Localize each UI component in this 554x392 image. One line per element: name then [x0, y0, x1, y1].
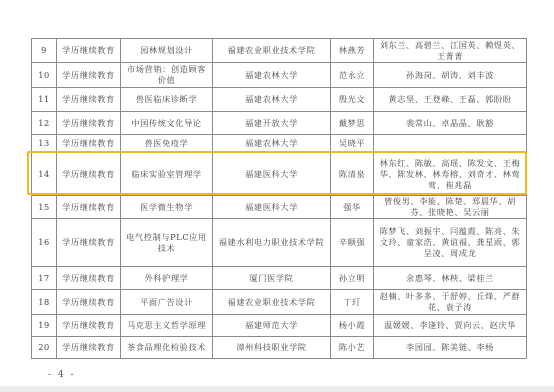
course-lead: 戴梦思 — [331, 112, 374, 135]
education-type: 学历继续教育 — [57, 315, 121, 337]
table-row: 11 学历继续教育 兽医临床诊断学 福建农林大学 殷光文 黄志坚、王登峰、王磊、… — [32, 88, 527, 112]
course-name: 茶食品理化检验技术 — [121, 337, 213, 359]
school-name: 漳州科技职业学院 — [213, 337, 331, 359]
team-members: 刘东兰、高碧兰、江国英、赖煜英、王菁菁 — [374, 39, 527, 63]
team-members: 赵楠、叶多多、于舒婷、丘烽、严群花、袁子涛 — [374, 290, 527, 315]
course-name: 兽医临床诊断学 — [121, 88, 213, 112]
table-row-highlighted: 14 学历继续教育 临床实验室管理学 福建医科大学 陈清泉 林东红、陈敏、高瑶、… — [32, 153, 527, 196]
row-number: 17 — [32, 267, 57, 290]
course-lead: 杨小霞 — [331, 315, 374, 337]
team-members: 温媛媛、李逢铃、贾向云、赵庆华 — [374, 315, 527, 337]
course-name: 电气控制与PLC应用技术 — [121, 219, 213, 267]
school-name: 福建开放大学 — [213, 112, 331, 135]
table-row: 9 学历继续教育 园林规划设计 福建农业职业技术学院 林燕芳 刘东兰、高碧兰、江… — [32, 39, 527, 63]
table-row: 20 学历继续教育 茶食品理化检验技术 漳州科技职业学院 陈小艺 李园园、陈美链… — [32, 337, 527, 359]
school-name: 福建师范大学 — [213, 315, 331, 337]
education-type: 学历继续教育 — [57, 88, 121, 112]
course-name: 医学微生物学 — [121, 196, 213, 219]
team-members: 孙海岗、胡涛、刘丰波 — [374, 63, 527, 88]
school-name: 福建医科大学 — [213, 153, 331, 196]
table-row: 16 学历继续教育 电气控制与PLC应用技术 福建水利电力职业技术学院 辛顺强 … — [32, 219, 527, 267]
course-name: 临床实验室管理学 — [121, 153, 213, 196]
table-row: 15 学历继续教育 医学微生物学 福建医科大学 强华 曾俊男、李能、陈楚、郑晨华… — [32, 196, 527, 219]
course-lead: 强华 — [331, 196, 374, 219]
table-row: 18 学历继续教育 平面广告设计 福建农业职业技术学院 丁玎 赵楠、叶多多、于舒… — [32, 290, 527, 315]
course-lead: 范永立 — [331, 63, 374, 88]
table-row: 17 学历继续教育 外科护理学 厦门医学院 孙立明 余惠琴、林秧、梁桂兰 — [32, 267, 527, 290]
team-members: 黄志坚、王登峰、王磊、郭盼盼 — [374, 88, 527, 112]
education-type: 学历继续教育 — [57, 39, 121, 63]
school-name: 福建农业职业技术学院 — [213, 290, 331, 315]
course-name: 园林规划设计 — [121, 39, 213, 63]
course-lead: 殷光文 — [331, 88, 374, 112]
school-name: 厦门医学院 — [213, 267, 331, 290]
course-name: 兽医免疫学 — [121, 135, 213, 153]
course-lead: 林燕芳 — [331, 39, 374, 63]
page-number: - 4 - — [48, 370, 76, 380]
school-name: 福建农林大学 — [213, 88, 331, 112]
row-number: 19 — [32, 315, 57, 337]
row-number: 14 — [32, 153, 57, 196]
school-name: 福建水利电力职业技术学院 — [213, 219, 331, 267]
table-row: 10 学历继续教育 市场营销：创造顾客价值 福建农林大学 范永立 孙海岗、胡涛、… — [32, 63, 527, 88]
team-members: 林东红、陈敏、高瑶、陈发文、王梅华、陈发林、林寿榕、刘奇才、林莺莺、崔兆磊 — [374, 153, 527, 196]
course-lead: 辛顺强 — [331, 219, 374, 267]
row-number: 18 — [32, 290, 57, 315]
row-number: 16 — [32, 219, 57, 267]
course-name: 马克思主义哲学原理 — [121, 315, 213, 337]
education-type: 学历继续教育 — [57, 219, 121, 267]
course-name: 外科护理学 — [121, 267, 213, 290]
table-row: 19 学历继续教育 马克思主义哲学原理 福建师范大学 杨小霞 温媛媛、李逢铃、贾… — [32, 315, 527, 337]
course-lead: 吴晓平 — [331, 135, 374, 153]
team-members: 曾俊男、李能、陈楚、郑晨华、胡芬、张晓艳、吴云丽 — [374, 196, 527, 219]
row-number: 12 — [32, 112, 57, 135]
table-row: 13 学历继续教育 兽医免疫学 福建农林大学 吴晓平 — [32, 135, 527, 153]
team-members: 余惠琴、林秧、梁桂兰 — [374, 267, 527, 290]
team-members: 裴常山、卓晶晶、耿豁 — [374, 112, 527, 135]
page-edge — [0, 386, 554, 392]
school-name: 福建农林大学 — [213, 63, 331, 88]
education-type: 学历继续教育 — [57, 337, 121, 359]
row-number: 13 — [32, 135, 57, 153]
school-name: 福建农林大学 — [213, 135, 331, 153]
course-lead: 丁玎 — [331, 290, 374, 315]
education-type: 学历继续教育 — [57, 135, 121, 153]
education-type: 学历继续教育 — [57, 112, 121, 135]
school-name: 福建医科大学 — [213, 196, 331, 219]
school-name: 福建农业职业技术学院 — [213, 39, 331, 63]
education-type: 学历继续教育 — [57, 267, 121, 290]
row-number: 9 — [32, 39, 57, 63]
course-lead: 陈清泉 — [331, 153, 374, 196]
course-lead: 陈小艺 — [331, 337, 374, 359]
team-members: 陈梦飞、刘振宇、闫蕴霞、陈亮、朱文玲、童家浩、黄谊福、龚星雨、郭呈凌、周成龙 — [374, 219, 527, 267]
course-name: 中国传统文化导论 — [121, 112, 213, 135]
row-number: 20 — [32, 337, 57, 359]
table-row: 12 学历继续教育 中国传统文化导论 福建开放大学 戴梦思 裴常山、卓晶晶、耿豁 — [32, 112, 527, 135]
team-members: 李园园、陈美链、李杨 — [374, 337, 527, 359]
row-number: 10 — [32, 63, 57, 88]
education-type: 学历继续教育 — [57, 290, 121, 315]
education-type: 学历继续教育 — [57, 196, 121, 219]
education-type: 学历继续教育 — [57, 63, 121, 88]
team-members — [374, 135, 527, 153]
course-name: 市场营销：创造顾客价值 — [121, 63, 213, 88]
row-number: 15 — [32, 196, 57, 219]
row-number: 11 — [32, 88, 57, 112]
course-lead: 孙立明 — [331, 267, 374, 290]
course-list-table: 9 学历继续教育 园林规划设计 福建农业职业技术学院 林燕芳 刘东兰、高碧兰、江… — [31, 38, 527, 359]
education-type: 学历继续教育 — [57, 153, 121, 196]
course-name: 平面广告设计 — [121, 290, 213, 315]
